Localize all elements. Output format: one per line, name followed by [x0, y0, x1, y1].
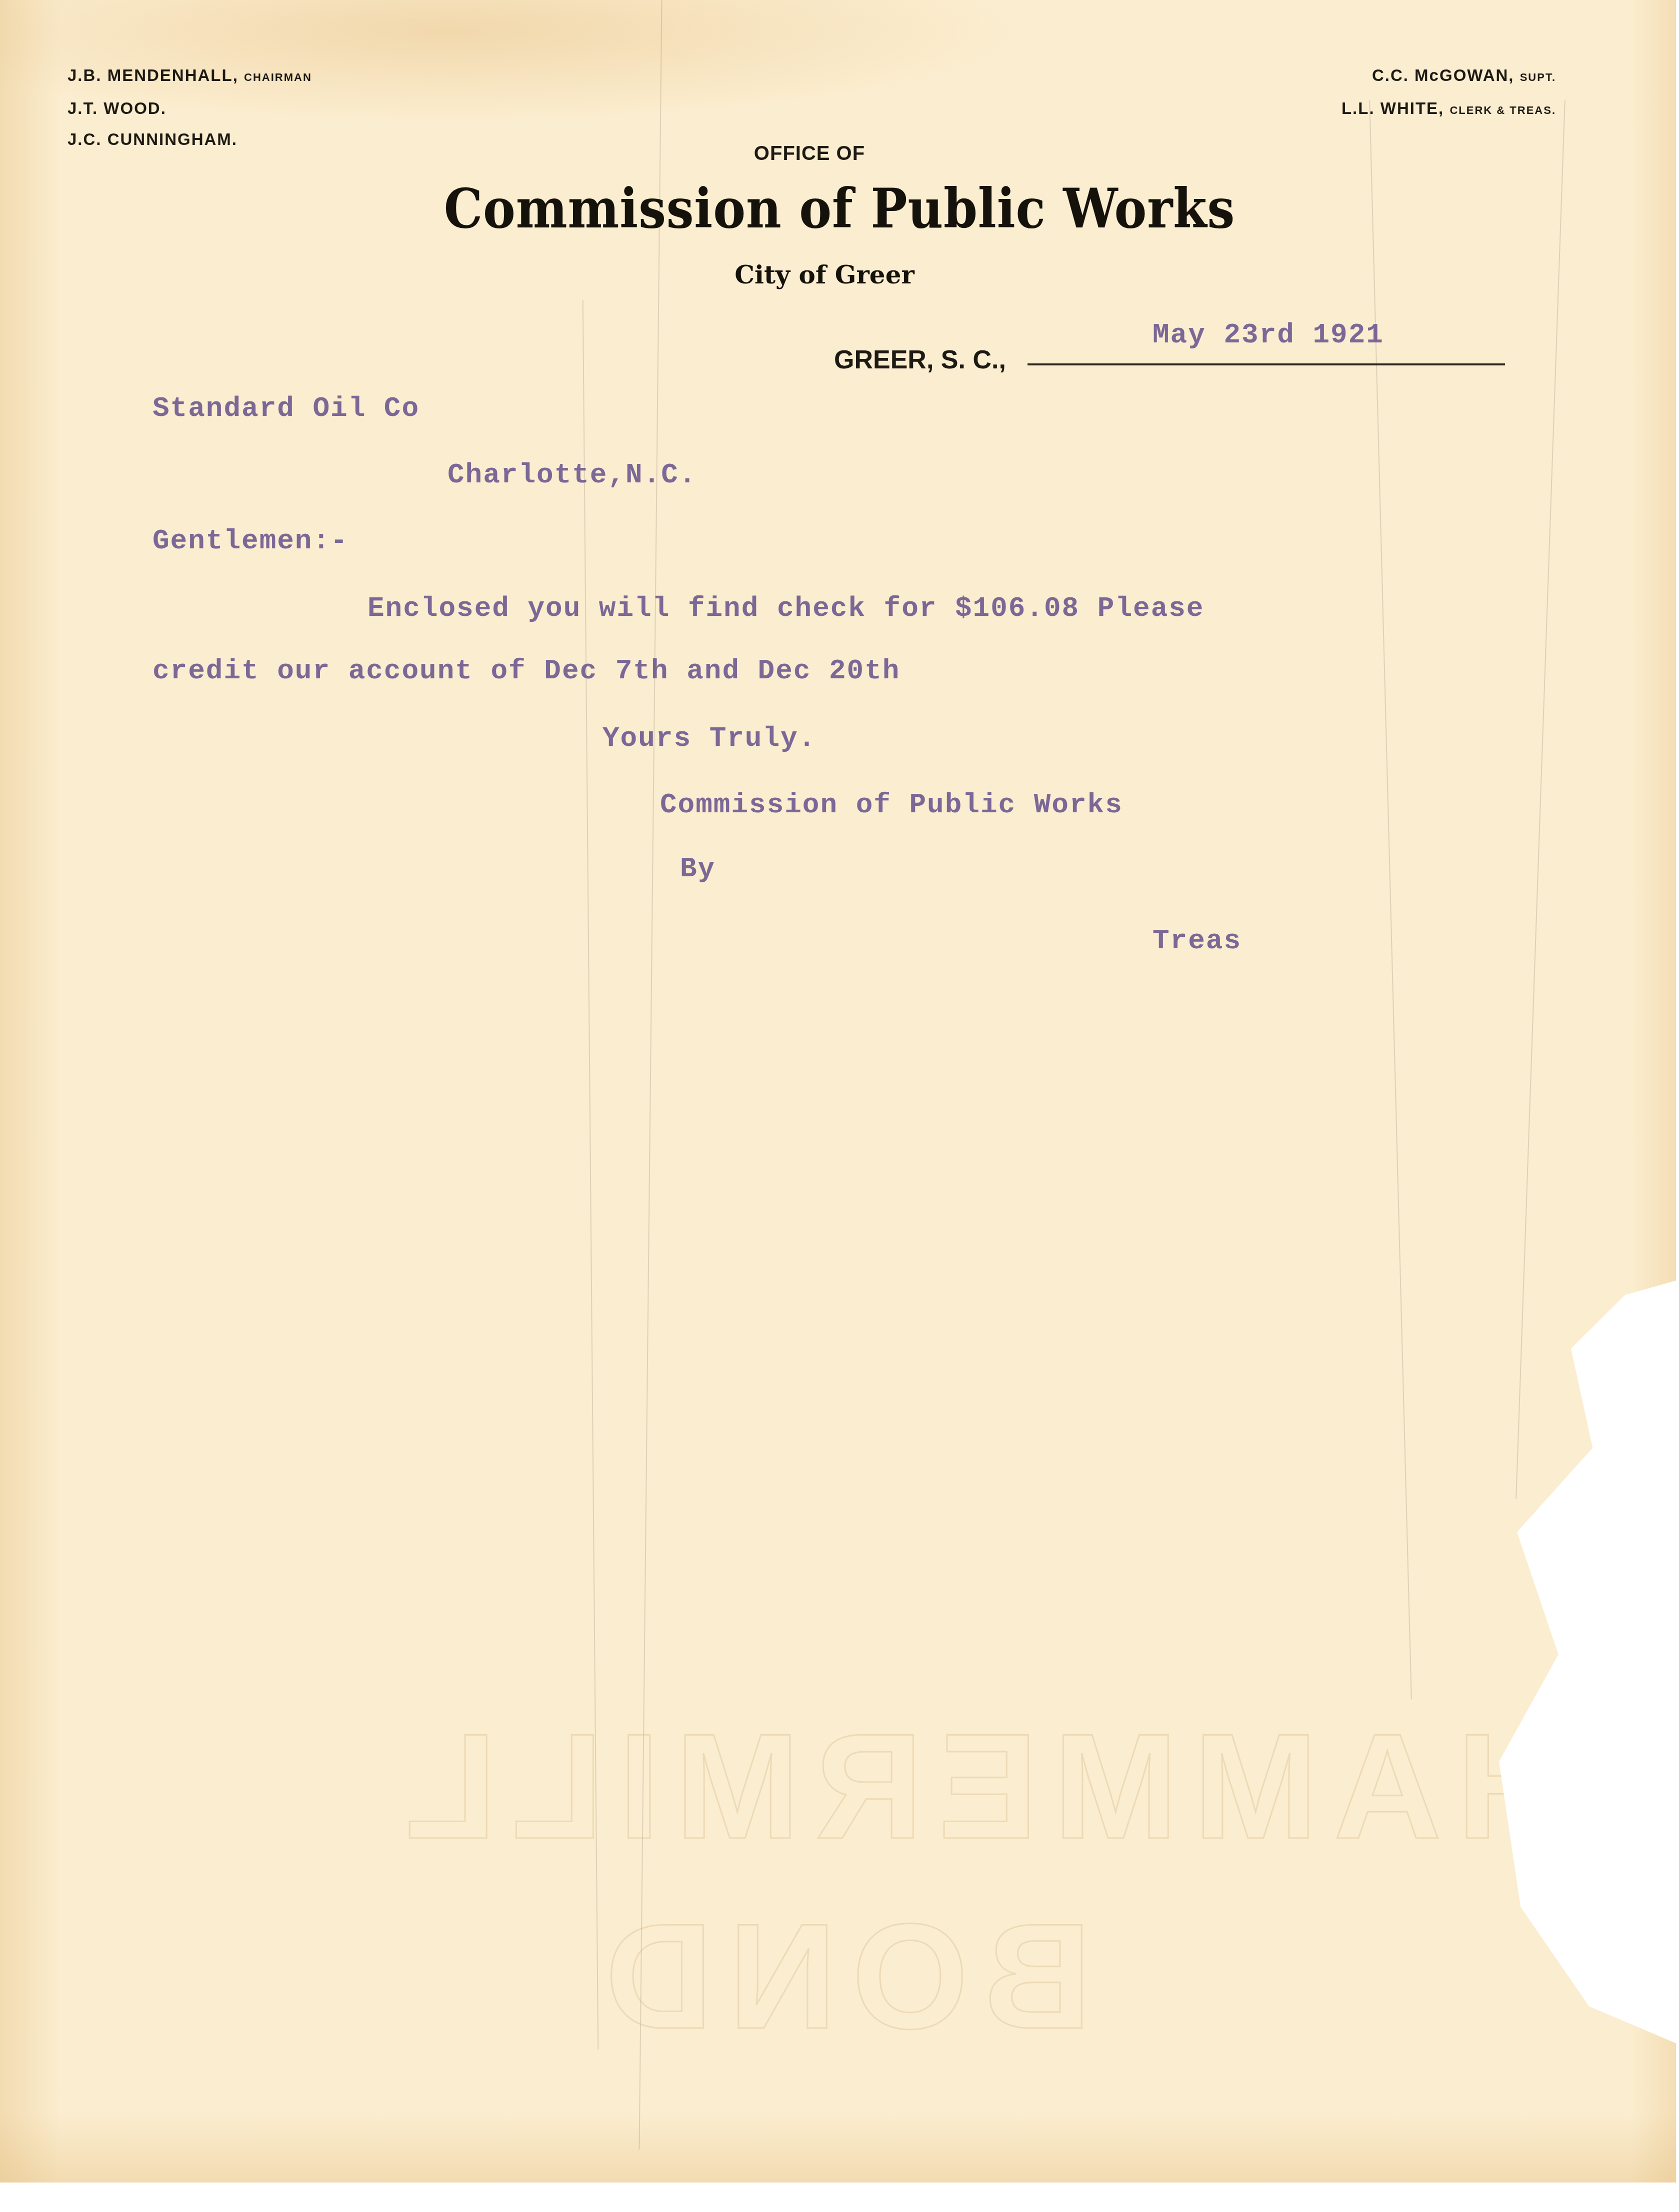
city-subtitle: City of Greer — [0, 260, 1664, 289]
closing: Yours Truly. — [602, 722, 816, 754]
body-line-1: Enclosed you will find check for $106.08… — [367, 592, 1204, 624]
date-underline — [1027, 363, 1505, 365]
officer-chairman: J.B. MENDENHALL, CHAIRMAN — [67, 60, 312, 93]
officer-title: CHAIRMAN — [244, 71, 312, 83]
officer-title: SUPT. — [1520, 71, 1556, 83]
place-label: GREER, S. C., — [834, 345, 1006, 375]
letterhead-left-officers: J.B. MENDENHALL, CHAIRMAN J.T. WOOD. J.C… — [67, 60, 312, 155]
office-of-label: OFFICE OF — [0, 142, 1649, 165]
letter-date: May 23rd 1921 — [1152, 319, 1384, 351]
watermark-line-1: HAMMERMILL — [390, 1700, 1565, 1873]
letterhead-right-officers: C.C. McGOWAN, SUPT. L.L. WHITE, CLERK & … — [1341, 60, 1556, 126]
officer-superintendent: C.C. McGOWAN, SUPT. — [1341, 60, 1556, 93]
recipient-city: Charlotte,N.C. — [447, 459, 696, 491]
officer-member: J.T. WOOD. — [67, 93, 312, 124]
officer-clerk-treasurer: L.L. WHITE, CLERK & TREAS. — [1341, 93, 1556, 126]
signature-by: By — [680, 853, 715, 885]
officer-title: CLERK & TREAS. — [1449, 104, 1556, 116]
officer-name: C.C. McGOWAN, — [1372, 66, 1514, 84]
signature-title: Treas — [1152, 925, 1241, 957]
officer-name: J.T. WOOD. — [67, 99, 166, 117]
signature-organization: Commission of Public Works — [660, 789, 1123, 821]
pencil-mark — [1515, 100, 1565, 1499]
letter-paper: HAMMERMILL BOND J.B. MENDENHALL, CHAIRMA… — [0, 0, 1676, 2183]
body-line-2: credit our account of Dec 7th and Dec 20… — [152, 655, 900, 687]
salutation: Gentlemen:- — [152, 525, 348, 557]
watermark-line-2: BOND — [590, 1890, 1091, 2063]
recipient-name: Standard Oil Co — [152, 392, 419, 424]
officer-name: L.L. WHITE, — [1341, 99, 1444, 117]
organization-title: Commission of Public Works — [84, 177, 1595, 240]
officer-name: J.B. MENDENHALL, — [67, 66, 238, 84]
